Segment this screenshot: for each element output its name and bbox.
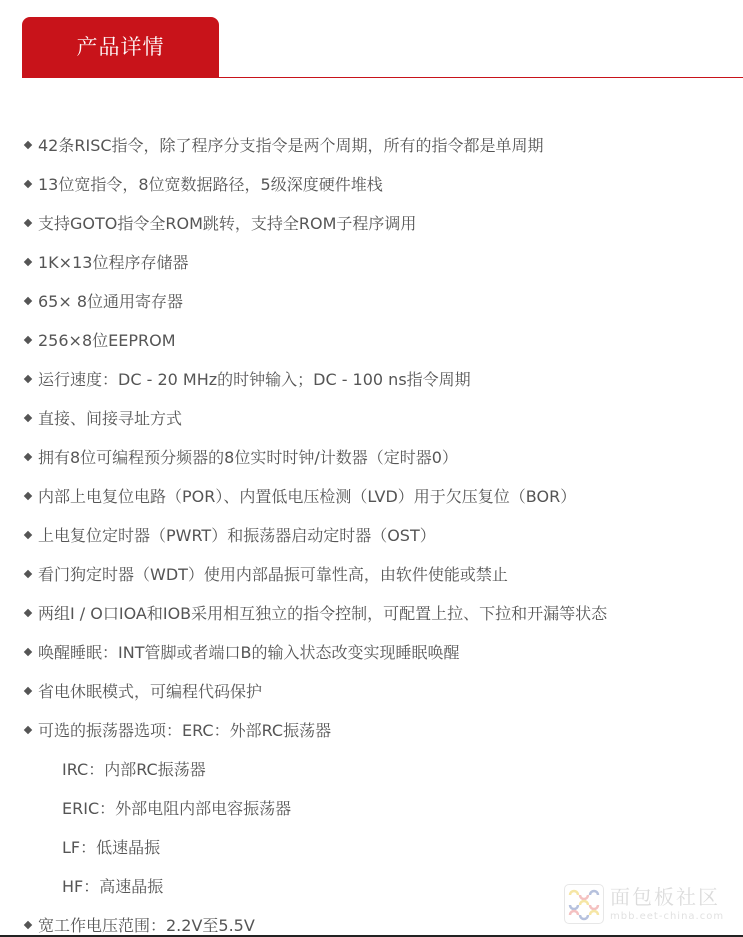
diamond-bullet-icon xyxy=(24,531,32,539)
diamond-bullet-icon xyxy=(24,336,32,344)
feature-text: HF：高速晶振 xyxy=(62,877,163,896)
diamond-bullet-icon xyxy=(24,687,32,695)
feature-item: 13位宽指令，8位宽数据路径，5级深度硬件堆栈 xyxy=(0,165,743,204)
feature-text: 256×8位EEPROM xyxy=(38,331,176,350)
feature-item: 省电休眠模式，可编程代码保护 xyxy=(0,672,743,711)
feature-subitem: IRC：内部RC振荡器 xyxy=(0,750,743,789)
feature-text: 看门狗定时器（WDT）使用内部晶振可靠性高，由软件使能或禁止 xyxy=(38,565,508,584)
watermark-url: mbb.eet-china.com xyxy=(610,911,724,923)
diamond-bullet-icon xyxy=(24,297,32,305)
feature-text: 可选的振荡器选项：ERC：外部RC振荡器 xyxy=(38,721,331,740)
feature-item: 唤醒睡眠：INT管脚或者端口B的输入状态改变实现睡眠唤醒 xyxy=(0,633,743,672)
feature-subitem: LF：低速晶振 xyxy=(0,828,743,867)
diamond-bullet-icon xyxy=(24,921,32,929)
feature-text: 省电休眠模式，可编程代码保护 xyxy=(38,682,262,701)
diamond-bullet-icon xyxy=(24,570,32,578)
tab-label: 产品详情 xyxy=(22,17,219,78)
feature-item: 42条RISC指令，除了程序分支指令是两个周期，所有的指令都是单周期 xyxy=(0,126,743,165)
diamond-bullet-icon xyxy=(24,258,32,266)
feature-item: 1K×13位程序存储器 xyxy=(0,243,743,282)
feature-text: 上电复位定时器（PWRT）和振荡器启动定时器（OST） xyxy=(38,526,436,545)
diamond-bullet-icon xyxy=(24,219,32,227)
diamond-bullet-icon xyxy=(24,609,32,617)
feature-item: 拥有8位可编程预分频器的8位实时时钟/计数器（定时器0） xyxy=(0,438,743,477)
feature-text: 1K×13位程序存储器 xyxy=(38,253,188,272)
feature-item: 上电复位定时器（PWRT）和振荡器启动定时器（OST） xyxy=(0,516,743,555)
feature-item: 可选的振荡器选项：ERC：外部RC振荡器 xyxy=(0,711,743,750)
diamond-bullet-icon xyxy=(24,141,32,149)
feature-text: ERIC：外部电阻内部电容振荡器 xyxy=(62,799,291,818)
watermark: 面包板社区 mbb.eet-china.com xyxy=(564,884,734,928)
feature-item: 运行速度：DC - 20 MHz的时钟输入；DC - 100 ns指令周期 xyxy=(0,360,743,399)
section-header: 产品详情 xyxy=(0,0,743,80)
diamond-bullet-icon xyxy=(24,726,32,734)
feature-item: 内部上电复位电路（POR）、内置低电压检测（LVD）用于欠压复位（BOR） xyxy=(0,477,743,516)
feature-subitem: ERIC：外部电阻内部电容振荡器 xyxy=(0,789,743,828)
feature-text: 唤醒睡眠：INT管脚或者端口B的输入状态改变实现睡眠唤醒 xyxy=(38,643,459,662)
feature-text: 拥有8位可编程预分频器的8位实时时钟/计数器（定时器0） xyxy=(38,448,458,467)
feature-item: 65× 8位通用寄存器 xyxy=(0,282,743,321)
watermark-title: 面包板社区 xyxy=(610,884,720,910)
feature-text: 直接、间接寻址方式 xyxy=(38,409,182,428)
header-divider xyxy=(219,77,743,78)
diamond-bullet-icon xyxy=(24,180,32,188)
feature-text: 42条RISC指令，除了程序分支指令是两个周期，所有的指令都是单周期 xyxy=(38,136,544,155)
feature-text: 支持GOTO指令全ROM跳转，支持全ROM子程序调用 xyxy=(38,214,416,233)
diamond-bullet-icon xyxy=(24,492,32,500)
feature-text: 13位宽指令，8位宽数据路径，5级深度硬件堆栈 xyxy=(38,175,383,194)
feature-text: 65× 8位通用寄存器 xyxy=(38,292,183,311)
feature-text: 两组I / O口IOA和IOB采用相互独立的指令控制，可配置上拉、下拉和开漏等状… xyxy=(38,604,607,623)
feature-text: 内部上电复位电路（POR）、内置低电压检测（LVD）用于欠压复位（BOR） xyxy=(38,487,576,506)
feature-item: 两组I / O口IOA和IOB采用相互独立的指令控制，可配置上拉、下拉和开漏等状… xyxy=(0,594,743,633)
diamond-bullet-icon xyxy=(24,453,32,461)
feature-list: 42条RISC指令，除了程序分支指令是两个周期，所有的指令都是单周期 13位宽指… xyxy=(0,126,743,937)
feature-text: 宽工作电压范围：2.2V至5.5V xyxy=(38,916,255,935)
diamond-bullet-icon xyxy=(24,648,32,656)
feature-item: 看门狗定时器（WDT）使用内部晶振可靠性高，由软件使能或禁止 xyxy=(0,555,743,594)
product-details-tab[interactable]: 产品详情 xyxy=(22,17,219,78)
community-logo-icon xyxy=(564,884,604,924)
feature-text: 运行速度：DC - 20 MHz的时钟输入；DC - 100 ns指令周期 xyxy=(38,370,471,389)
feature-text: IRC：内部RC振荡器 xyxy=(62,760,206,779)
feature-item: 256×8位EEPROM xyxy=(0,321,743,360)
feature-item: 支持GOTO指令全ROM跳转，支持全ROM子程序调用 xyxy=(0,204,743,243)
feature-item: 直接、间接寻址方式 xyxy=(0,399,743,438)
diamond-bullet-icon xyxy=(24,375,32,383)
feature-text: LF：低速晶振 xyxy=(62,838,160,857)
diamond-bullet-icon xyxy=(24,414,32,422)
